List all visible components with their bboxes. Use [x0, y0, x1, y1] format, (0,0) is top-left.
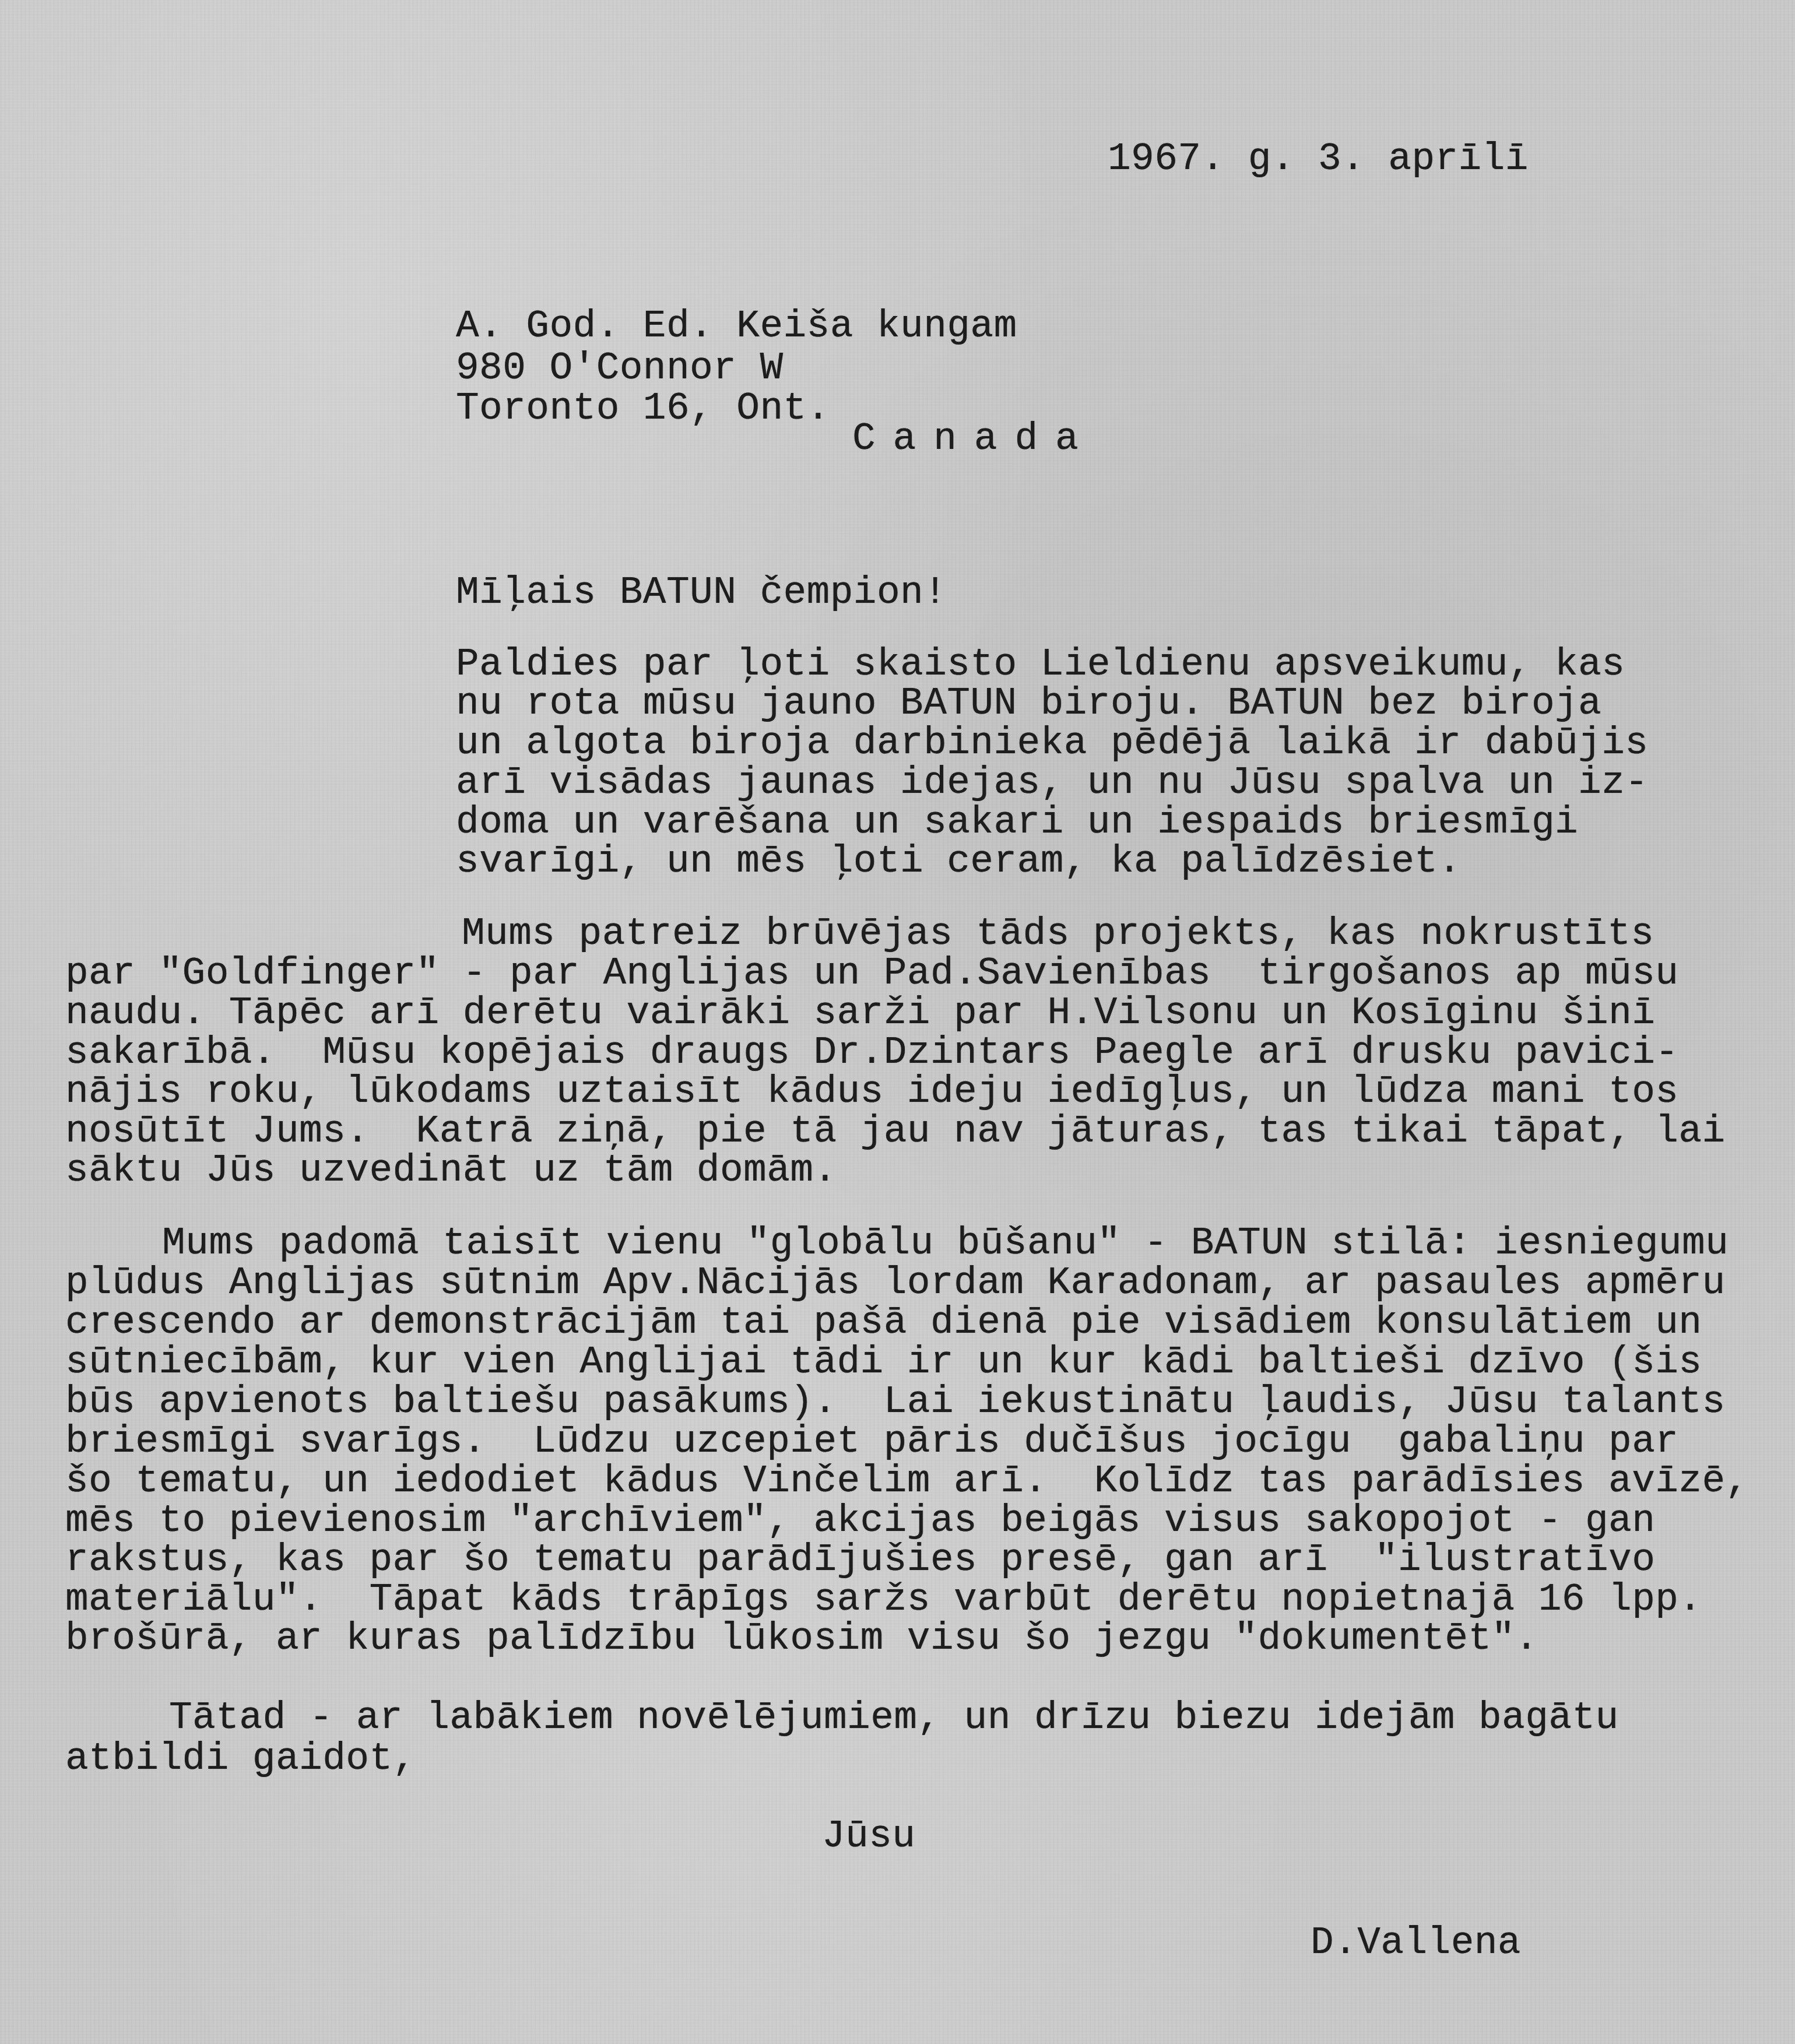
recipient-line-3: Toronto 16, Ont.: [456, 388, 830, 429]
paragraph-line: šo tematu, un iedodiet kādus Vinčelim ar…: [65, 1461, 1749, 1502]
letter-date: 1967. g. 3. aprīlī: [1108, 139, 1529, 180]
paragraph-line: par "Goldfinger" - par Anglijas un Pad.S…: [65, 953, 1678, 994]
paragraph-line: rakstus, kas par šo tematu parādījušies …: [65, 1540, 1655, 1581]
paragraph-line: brošūrā, ar kuras palīdzību lūkosim visu…: [65, 1618, 1538, 1659]
paragraph-line: Paldies par ļoti skaisto Lieldienu apsve…: [456, 644, 1625, 685]
salutation: Mīļais BATUN čempion!: [456, 573, 947, 613]
paragraph-line: nājis roku, lūkodams uztaisīt kādus idej…: [65, 1072, 1678, 1112]
paragraph-line: doma un varēšana un sakari un iespaids b…: [456, 802, 1578, 843]
paragraph-line: atbildi gaidot,: [65, 1739, 416, 1779]
paragraph-line: Mums padomā taisīt vienu "globālu būšanu…: [162, 1223, 1729, 1264]
letter-page: 1967. g. 3. aprīlī A. God. Ed. Keiša kun…: [0, 0, 1795, 2044]
paragraph-line: mēs to pievienosim "archīviem", akcijas …: [65, 1501, 1655, 1541]
paragraph-line: un algota biroja darbinieka pēdējā laikā…: [456, 723, 1648, 764]
paragraph-line: būs apvienots baltiešu pasākums). Lai ie…: [65, 1382, 1726, 1423]
paragraph-line: arī visādas jaunas idejas, un nu Jūsu sp…: [456, 763, 1648, 803]
recipient-country: Canada: [852, 419, 1096, 459]
recipient-line-2: 980 O'Connor W: [456, 348, 784, 389]
signature: D.Vallena: [1311, 1923, 1521, 1964]
paragraph-line: sakarībā. Mūsu kopējais draugs Dr.Dzinta…: [65, 1032, 1678, 1073]
recipient-line-1: A. God. Ed. Keiša kungam: [456, 306, 1017, 347]
paragraph-line: sūtniecībām, kur vien Anglijai tādi ir u…: [65, 1342, 1702, 1383]
paragraph-line: plūdus Anglijas sūtnim Apv.Nācijās lorda…: [65, 1263, 1726, 1304]
paragraph-line: crescendo ar demonstrācijām tai pašā die…: [65, 1302, 1702, 1343]
paragraph-line: materiālu". Tāpat kāds trāpīgs saržs var…: [65, 1579, 1702, 1620]
complimentary-close: Jūsu: [822, 1816, 915, 1857]
paragraph-line: Mums patreiz brūvējas tāds projekts, kas…: [462, 914, 1654, 954]
paragraph-line: sāktu Jūs uzvedināt uz tām domām.: [65, 1150, 837, 1191]
paragraph-line: svarīgi, un mēs ļoti ceram, ka palīdzēsi…: [456, 841, 1462, 882]
paragraph-line: briesmīgi svarīgs. Lūdzu uzcepiet pāris …: [65, 1421, 1678, 1462]
paragraph-line: nu rota mūsu jauno BATUN biroju. BATUN b…: [456, 683, 1601, 724]
paragraph-line: Tātad - ar labākiem novēlējumiem, un drī…: [169, 1698, 1619, 1739]
paragraph-line: naudu. Tāpēc arī derētu vairāki sarži pa…: [65, 993, 1655, 1034]
paragraph-line: nosūtīt Jums. Katrā ziņā, pie tā jau nav…: [65, 1111, 1726, 1152]
